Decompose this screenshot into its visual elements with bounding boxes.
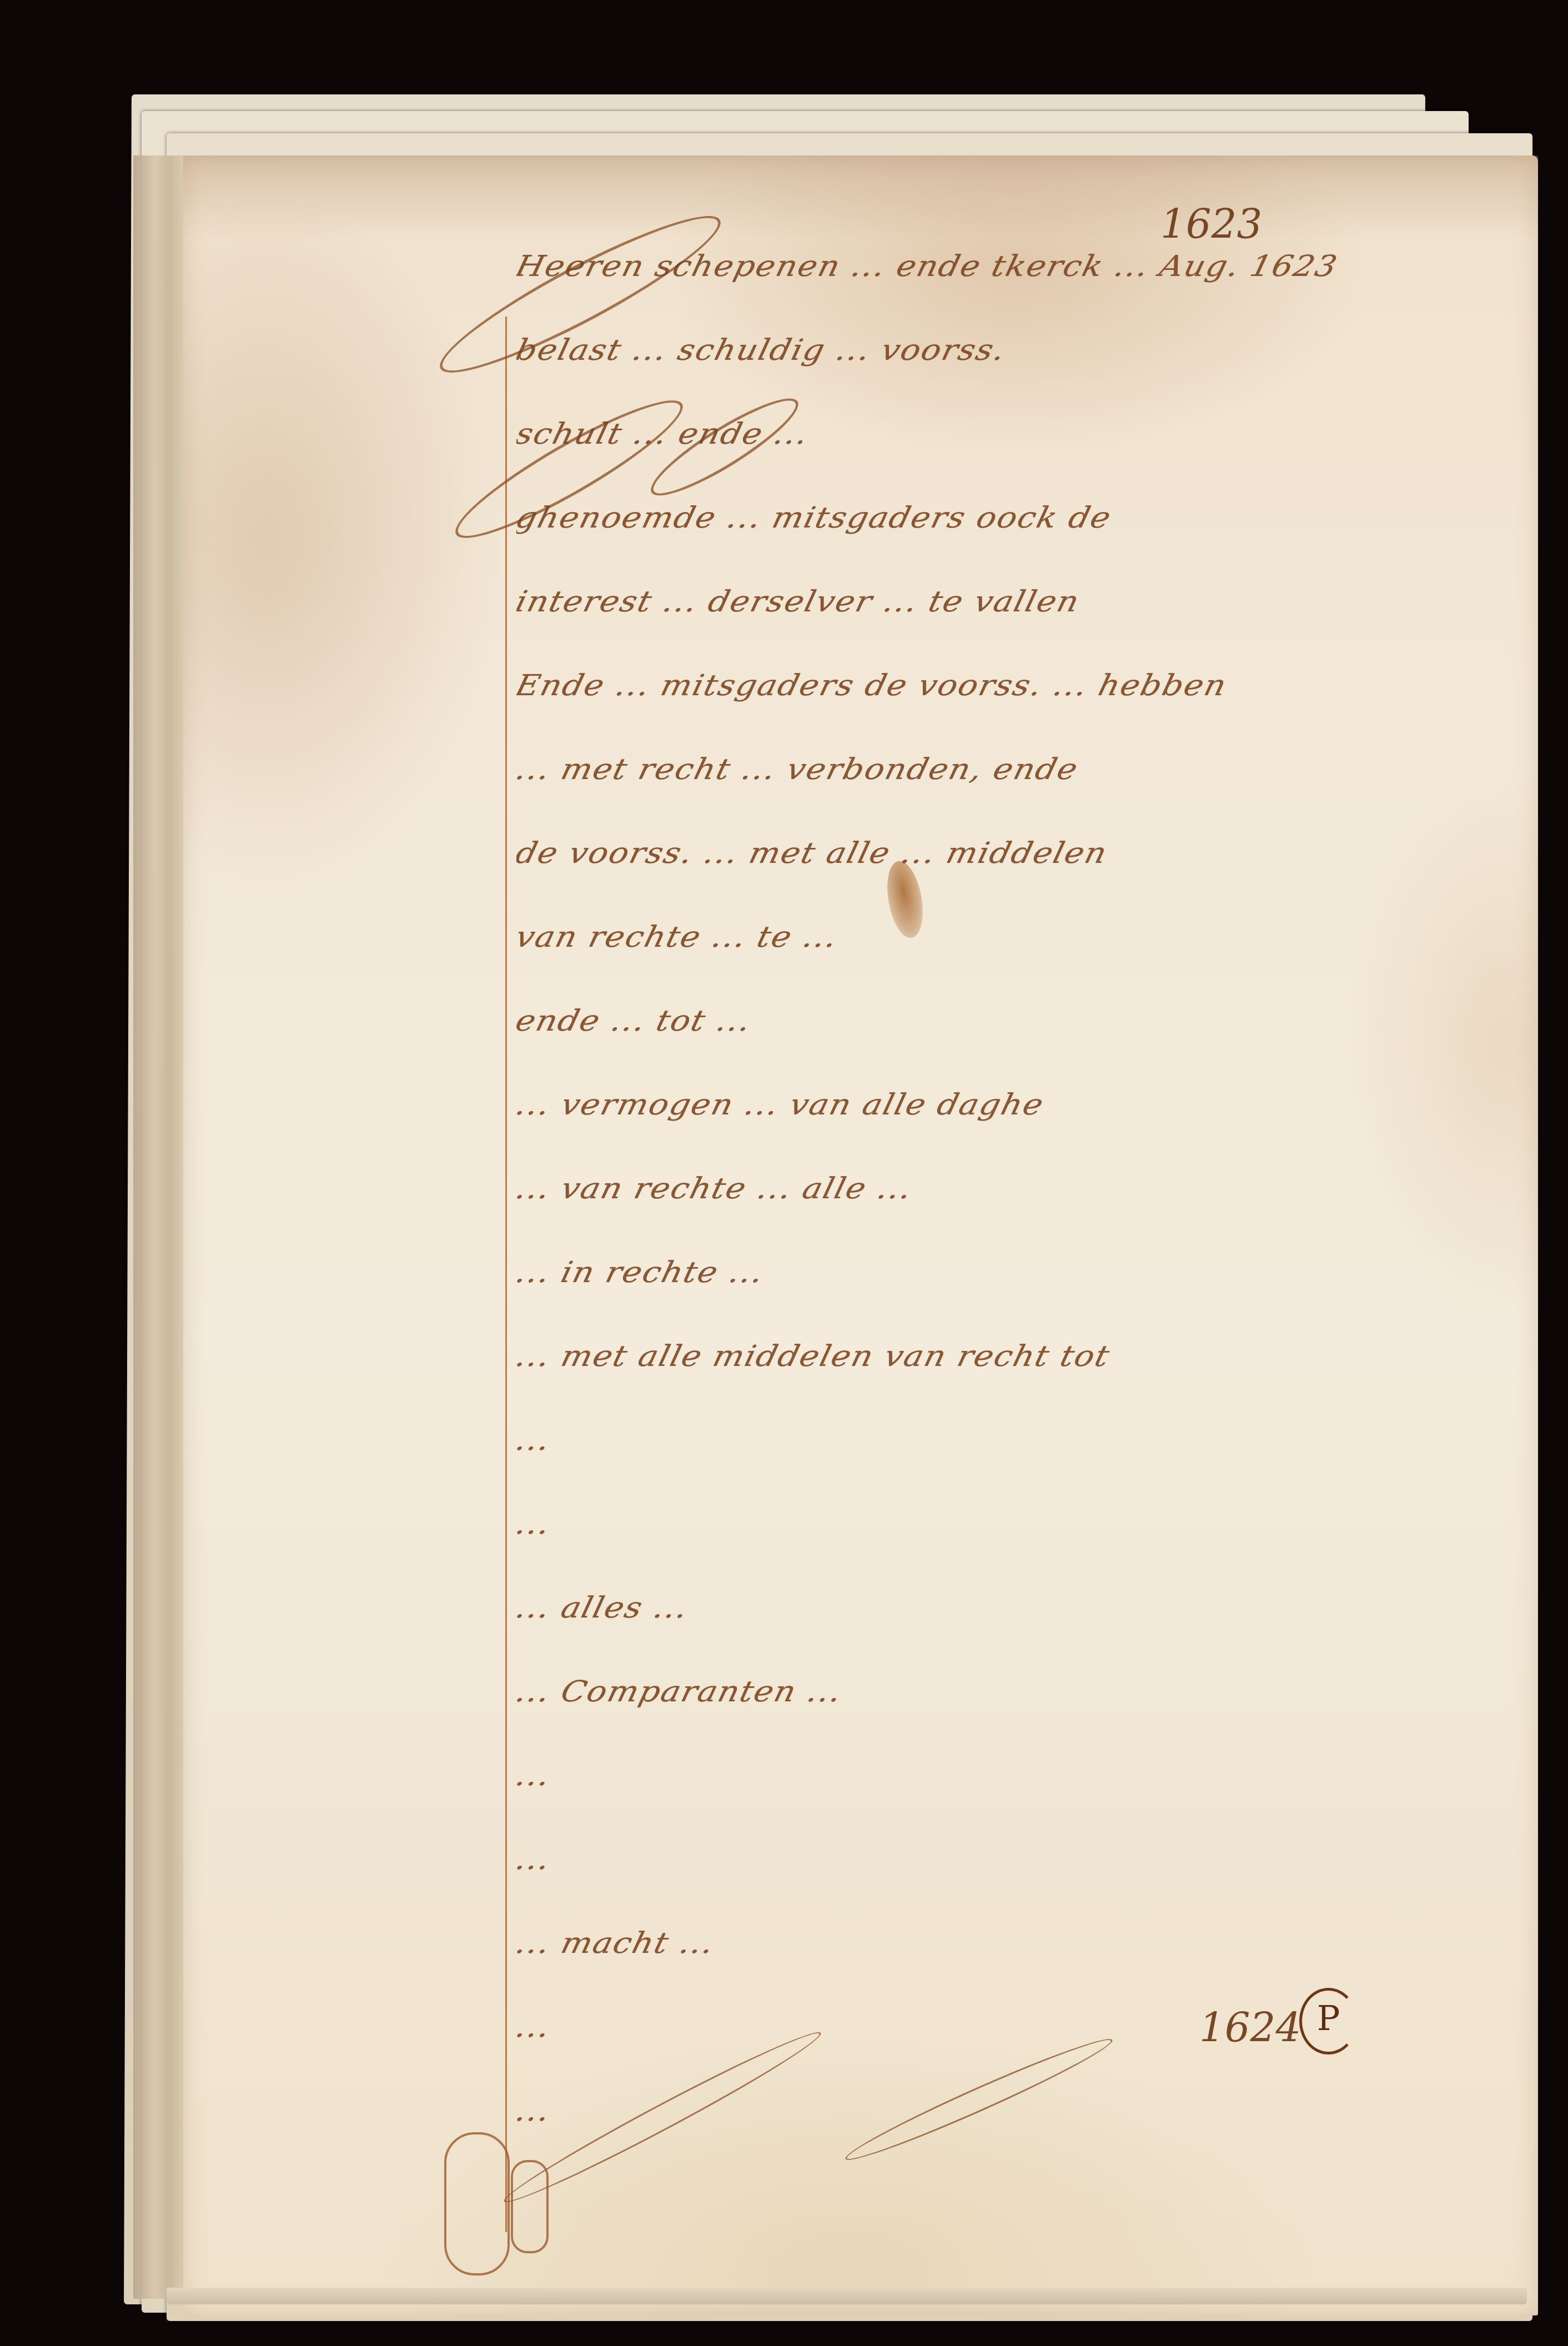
manuscript-line: Ende ... mitsgaders de voorss. ... hebbe… <box>516 630 1516 714</box>
manuscript-line: Heeren schepenen ... ende tkerck ... Aug… <box>516 211 1516 295</box>
manuscript-line: ... in rechte ... <box>516 1217 1516 1301</box>
manuscript-line: ... <box>516 1720 1516 1804</box>
manuscript-line: de voorss. ... met alle ... middelen <box>516 798 1516 882</box>
manuscript-line: ... met recht ... verbonden, ende <box>516 714 1516 798</box>
manuscript-line: ende ... tot ... <box>516 966 1516 1049</box>
manuscript-line: van rechte ... te ... <box>516 882 1516 966</box>
notary-paraph: P <box>1299 1988 1358 2054</box>
manuscript-line: ghenoemde ... mitsgaders oock de <box>516 463 1516 546</box>
margin-rule <box>505 317 507 2232</box>
manuscript-line: ... van rechte ... alle ... <box>516 1133 1516 1217</box>
marginal-flourish <box>444 2132 510 2275</box>
header-date: 1623 <box>1160 201 1262 248</box>
bottom-leaf-edges <box>167 2288 1527 2304</box>
manuscript-line: interest ... derselver ... te vallen <box>516 546 1516 630</box>
manuscript-line: ... vermogen ... van alle daghe <box>516 1049 1516 1133</box>
manuscript-line: ... macht ... <box>516 1888 1516 1972</box>
manuscript-page: Heeren schepenen ... ende tkerck ... Aug… <box>183 155 1538 2315</box>
manuscript-line: ... <box>516 1385 1516 1469</box>
manuscript-line: ... <box>516 1469 1516 1553</box>
manuscript-text: Heeren schepenen ... ende tkerck ... Aug… <box>516 211 1516 2139</box>
manuscript-line: ... met alle middelen van recht tot <box>516 1301 1516 1385</box>
manuscript-line: ... <box>516 1804 1516 1888</box>
manuscript-line: belast ... schuldig ... voorss. <box>516 295 1516 379</box>
manuscript-line: schult ... ende ... <box>516 379 1516 463</box>
manuscript-line: ... alles ... <box>516 1553 1516 1636</box>
marginal-flourish <box>511 2160 549 2253</box>
manuscript-line: ... Comparanten ... <box>516 1636 1516 1720</box>
closing-date: 1624 <box>1199 2005 1301 2051</box>
manuscript-line: ... <box>516 1972 1516 2056</box>
